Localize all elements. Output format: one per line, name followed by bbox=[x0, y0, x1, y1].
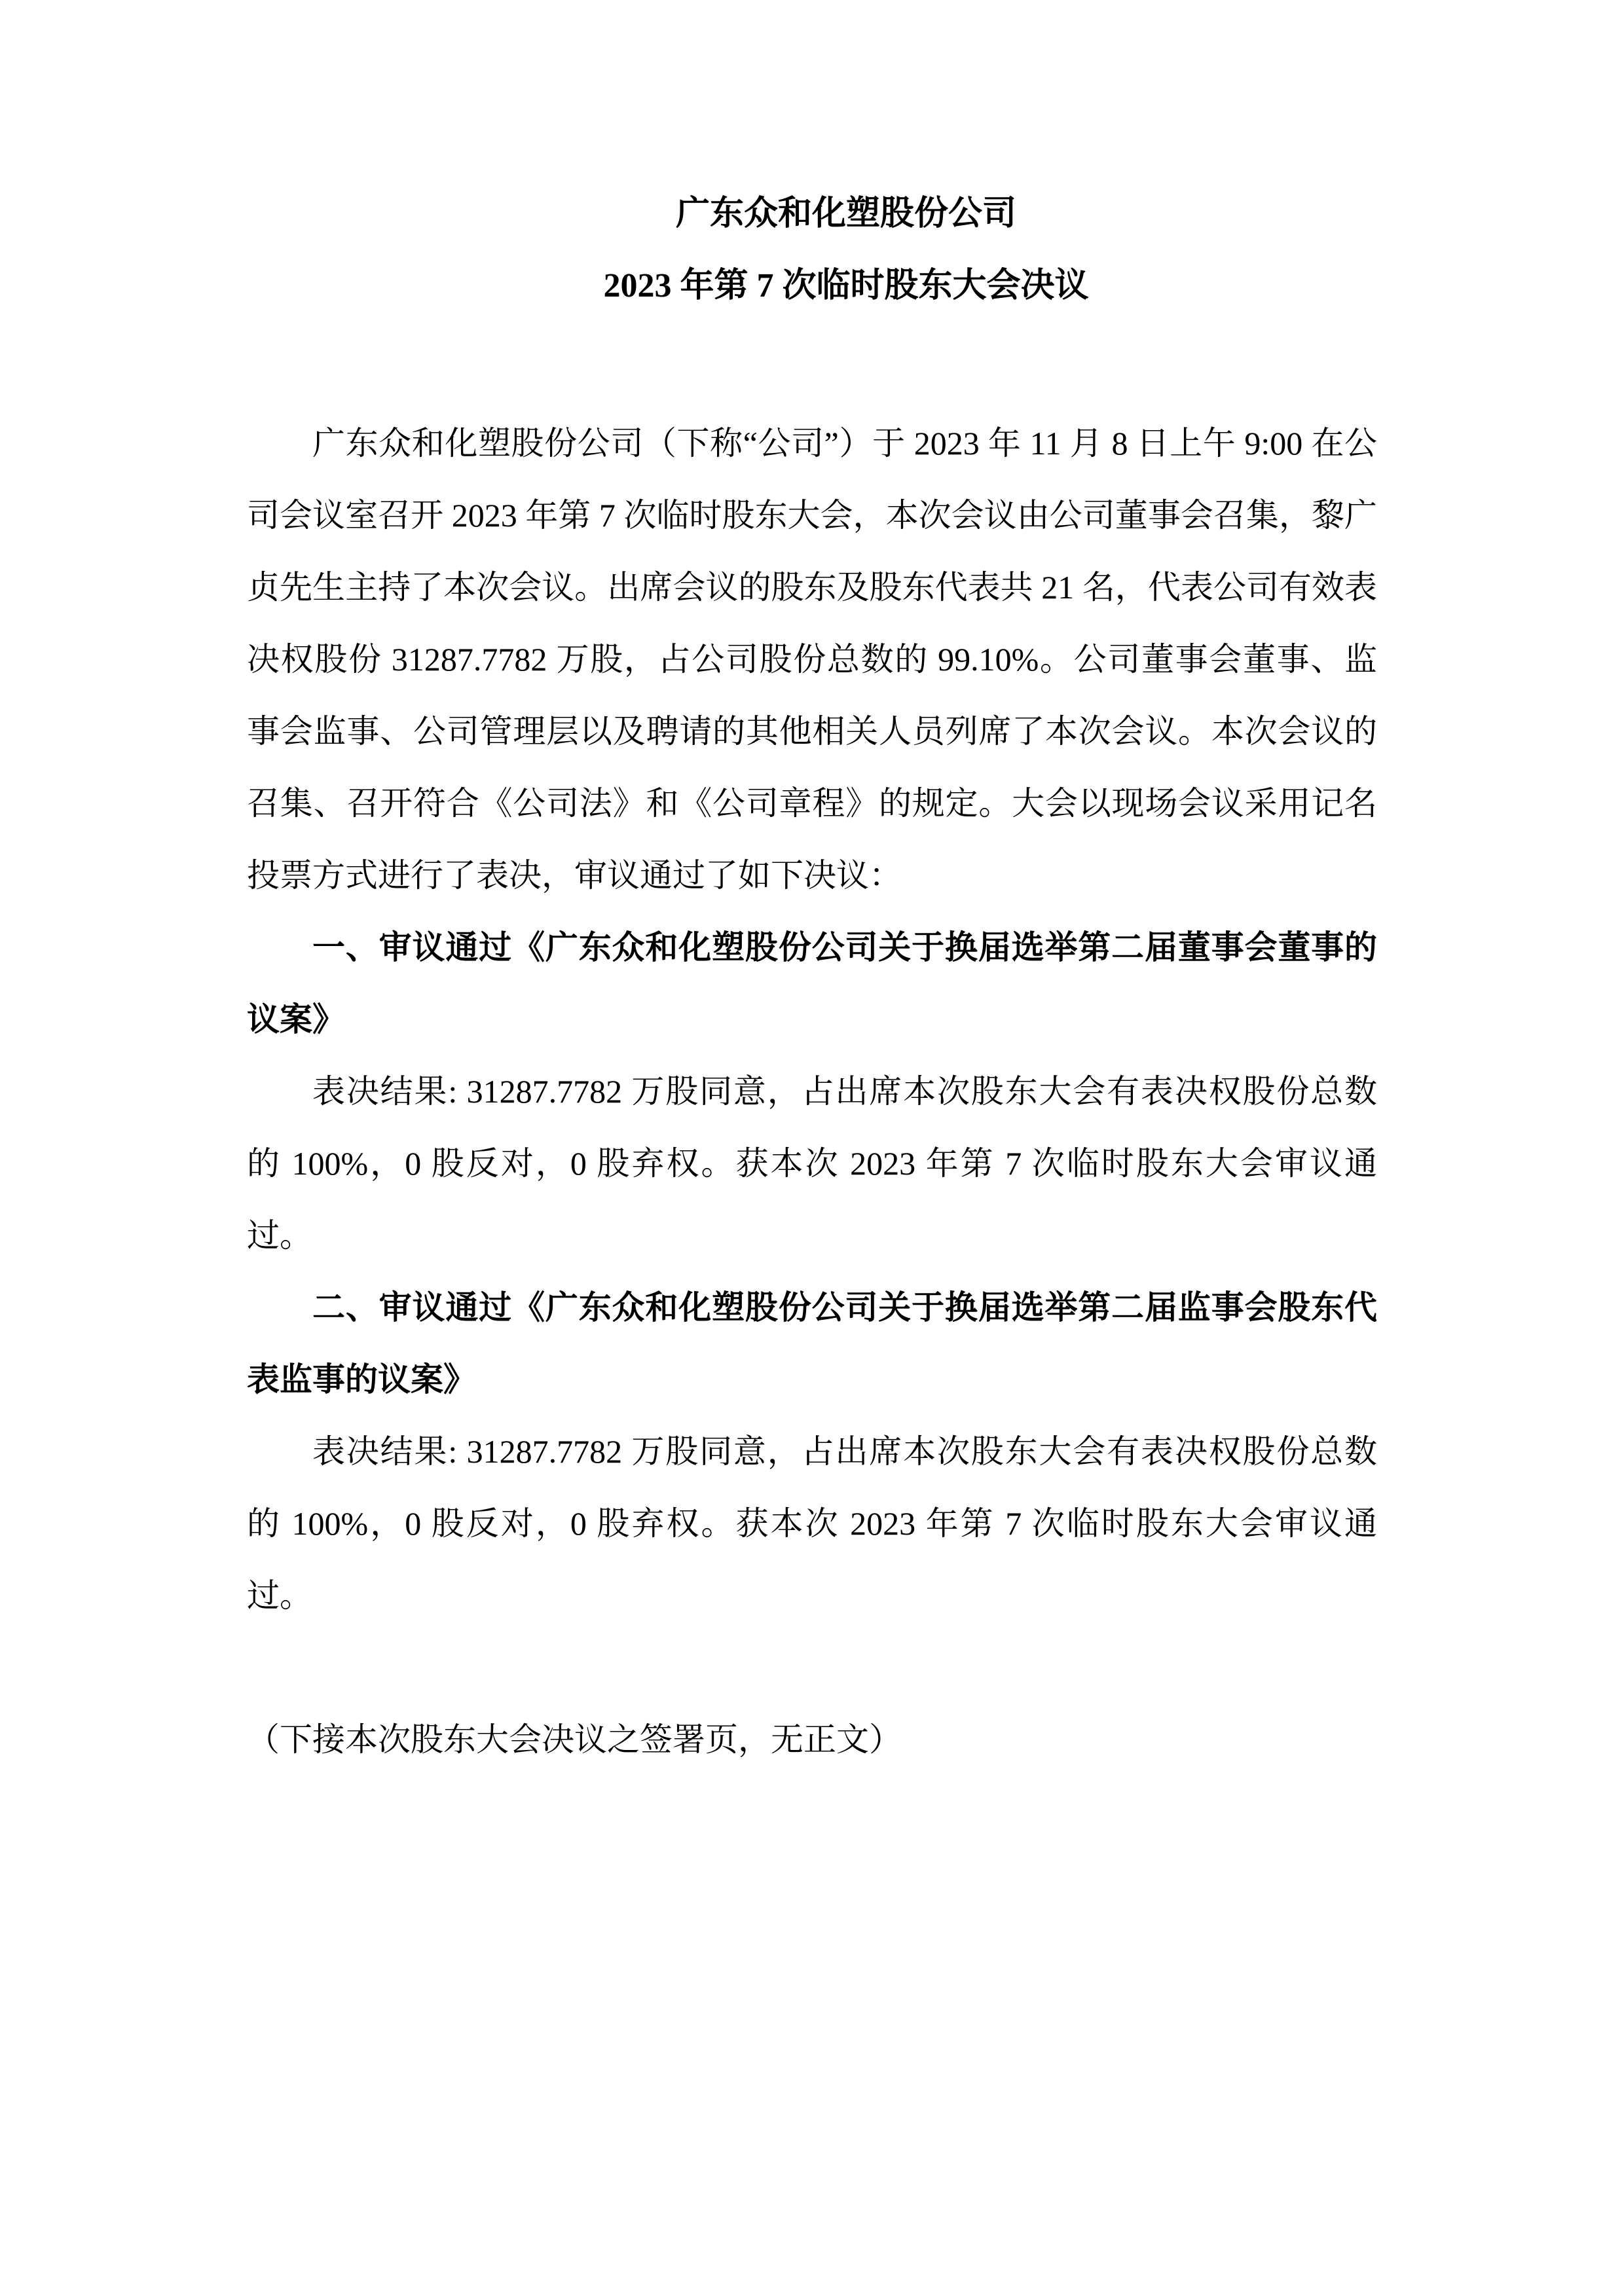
resolution-1-result: 表决结果: 31287.7782 万股同意，占出席本次股东大会有表决权股份总数的… bbox=[247, 1055, 1377, 1271]
title-body-gap bbox=[247, 322, 1377, 407]
document-content: 广东众和化塑股份公司 2023 年第 7 次临时股东大会决议 广东众和化塑股份公… bbox=[247, 178, 1377, 1776]
resolution-2-result: 表决结果: 31287.7782 万股同意，占出席本次股东大会有表决权股份总数的… bbox=[247, 1415, 1377, 1631]
resolution-1-heading: 一、审议通过《广东众和化塑股份公司关于换届选举第二届董事会董事的议案》 bbox=[247, 911, 1377, 1055]
closing-note: （下接本次股东大会决议之签署页，无正文） bbox=[247, 1704, 1377, 1776]
document-subtitle: 2023 年第 7 次临时股东大会决议 bbox=[247, 250, 1377, 322]
document-title: 广东众和化塑股份公司 bbox=[247, 178, 1377, 250]
intro-paragraph: 广东众和化塑股份公司（下称“公司”）于 2023 年 11 月 8 日上午 9:… bbox=[247, 407, 1377, 911]
resolution-2-heading: 二、审议通过《广东众和化塑股份公司关于换届选举第二届监事会股东代表监事的议案》 bbox=[247, 1271, 1377, 1415]
document-page: 广东众和化塑股份公司 2023 年第 7 次临时股东大会决议 广东众和化塑股份公… bbox=[0, 0, 1624, 2296]
